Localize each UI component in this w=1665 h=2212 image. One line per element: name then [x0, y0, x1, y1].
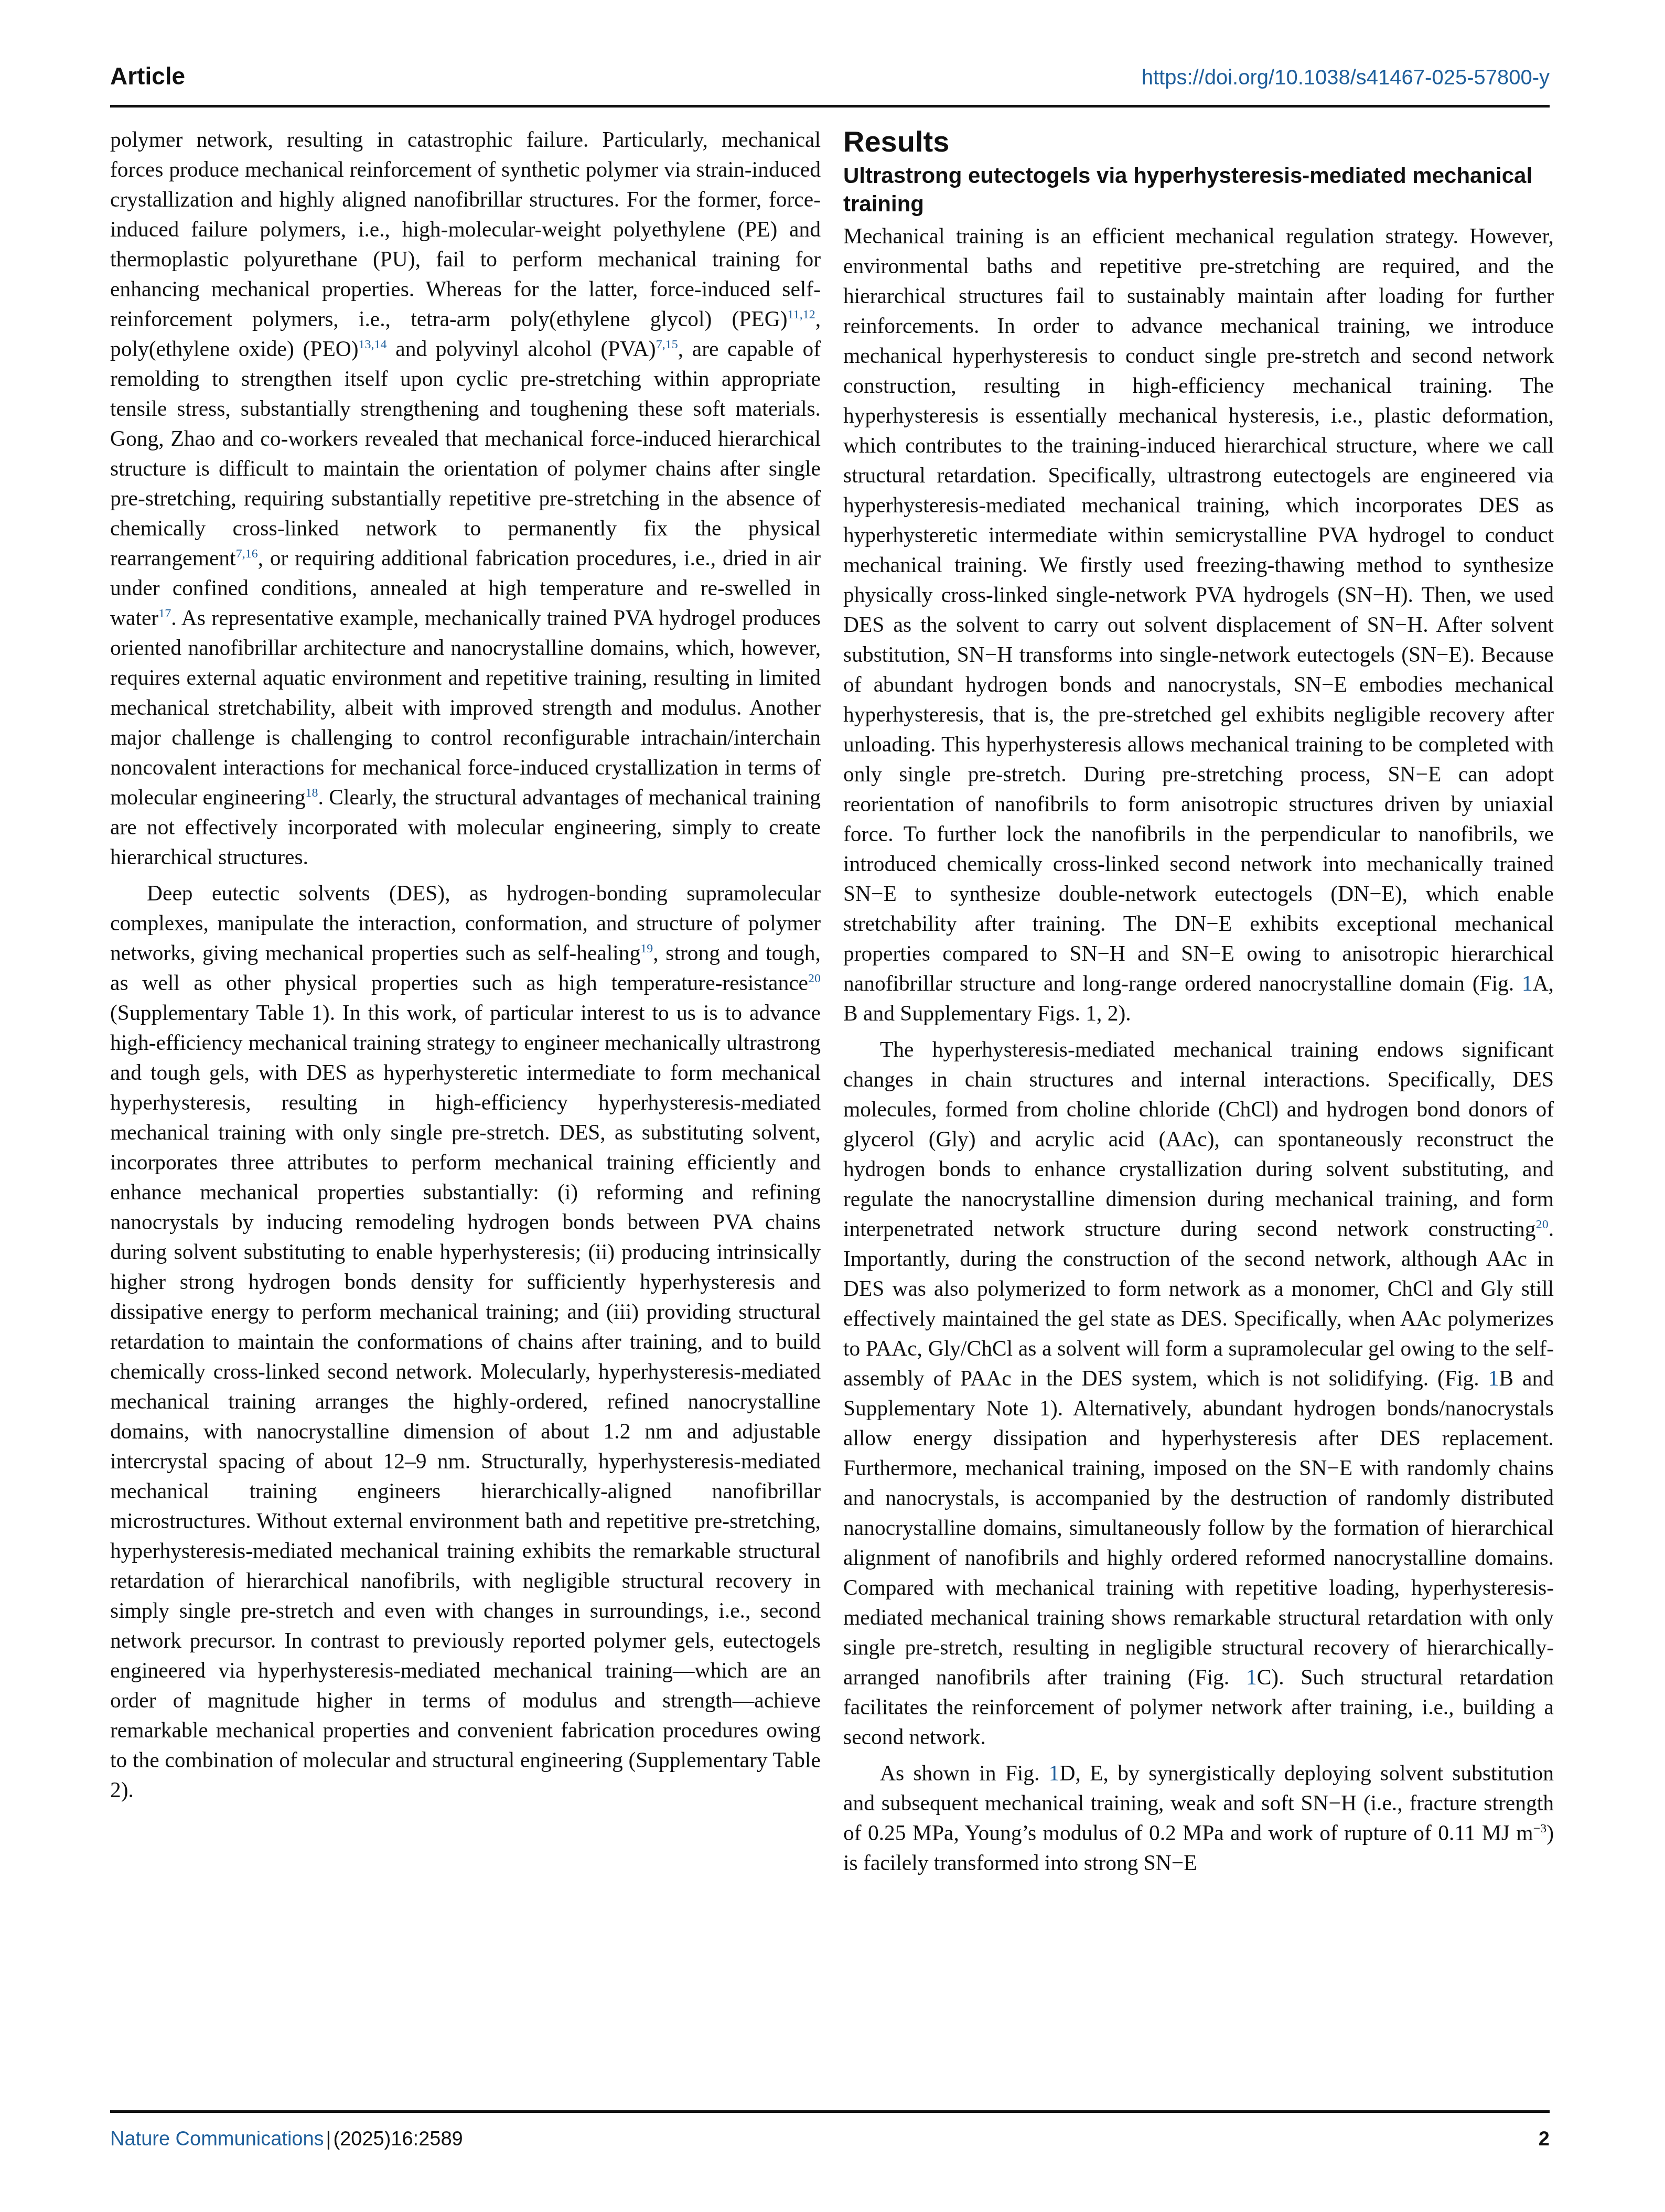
article-type-label: Article — [110, 62, 185, 90]
reference-link[interactable]: 13,14 — [359, 338, 387, 351]
citation-info: (2025)16:2589 — [333, 2128, 463, 2150]
page-footer: Nature Communications|(2025)16:2589 2 — [110, 2128, 1550, 2160]
reference-link[interactable]: 17 — [158, 607, 171, 620]
reference-link[interactable]: 20 — [1536, 1218, 1549, 1231]
journal-link[interactable]: Nature Communications — [110, 2128, 324, 2150]
section-heading: Results — [843, 125, 1554, 158]
left-column: polymer network, resulting in catastroph… — [110, 125, 821, 1805]
footer-separator: | — [326, 2128, 331, 2150]
page-header: Article https://doi.org/10.1038/s41467-0… — [110, 62, 1550, 93]
paragraph: The hyperhysteresis-mediated mechanical … — [843, 1035, 1554, 1752]
reference-link[interactable]: 11,12 — [788, 308, 815, 321]
footer-divider — [110, 2110, 1550, 2113]
reference-link[interactable]: 7,16 — [236, 547, 258, 561]
figure-link[interactable]: 1 — [1488, 1366, 1499, 1390]
reference-link[interactable]: 18 — [305, 786, 318, 800]
reference-link[interactable]: 19 — [640, 942, 653, 955]
subsection-heading: Ultrastrong eutectogels via hyperhystere… — [843, 162, 1554, 218]
article-page: Article https://doi.org/10.1038/s41467-0… — [0, 0, 1665, 2212]
paragraph: Deep eutectic solvents (DES), as hydroge… — [110, 878, 821, 1805]
unit-exponent: −3 — [1533, 1822, 1547, 1835]
paragraph: polymer network, resulting in catastroph… — [110, 125, 821, 872]
figure-link[interactable]: 1 — [1246, 1665, 1257, 1689]
page-number: 2 — [1539, 2128, 1550, 2151]
paragraph: Mechanical training is an efficient mech… — [843, 221, 1554, 1028]
figure-link[interactable]: 1 — [1049, 1761, 1060, 1785]
doi-link[interactable]: https://doi.org/10.1038/s41467-025-57800… — [1142, 66, 1550, 90]
reference-link[interactable]: 7,15 — [656, 338, 678, 351]
figure-link[interactable]: 1 — [1522, 971, 1533, 995]
right-column: Results Ultrastrong eutectogels via hype… — [843, 125, 1554, 1878]
paragraph: As shown in Fig. 1D, E, by synergistical… — [843, 1758, 1554, 1878]
header-divider — [110, 105, 1550, 108]
reference-link[interactable]: 20 — [808, 972, 821, 985]
